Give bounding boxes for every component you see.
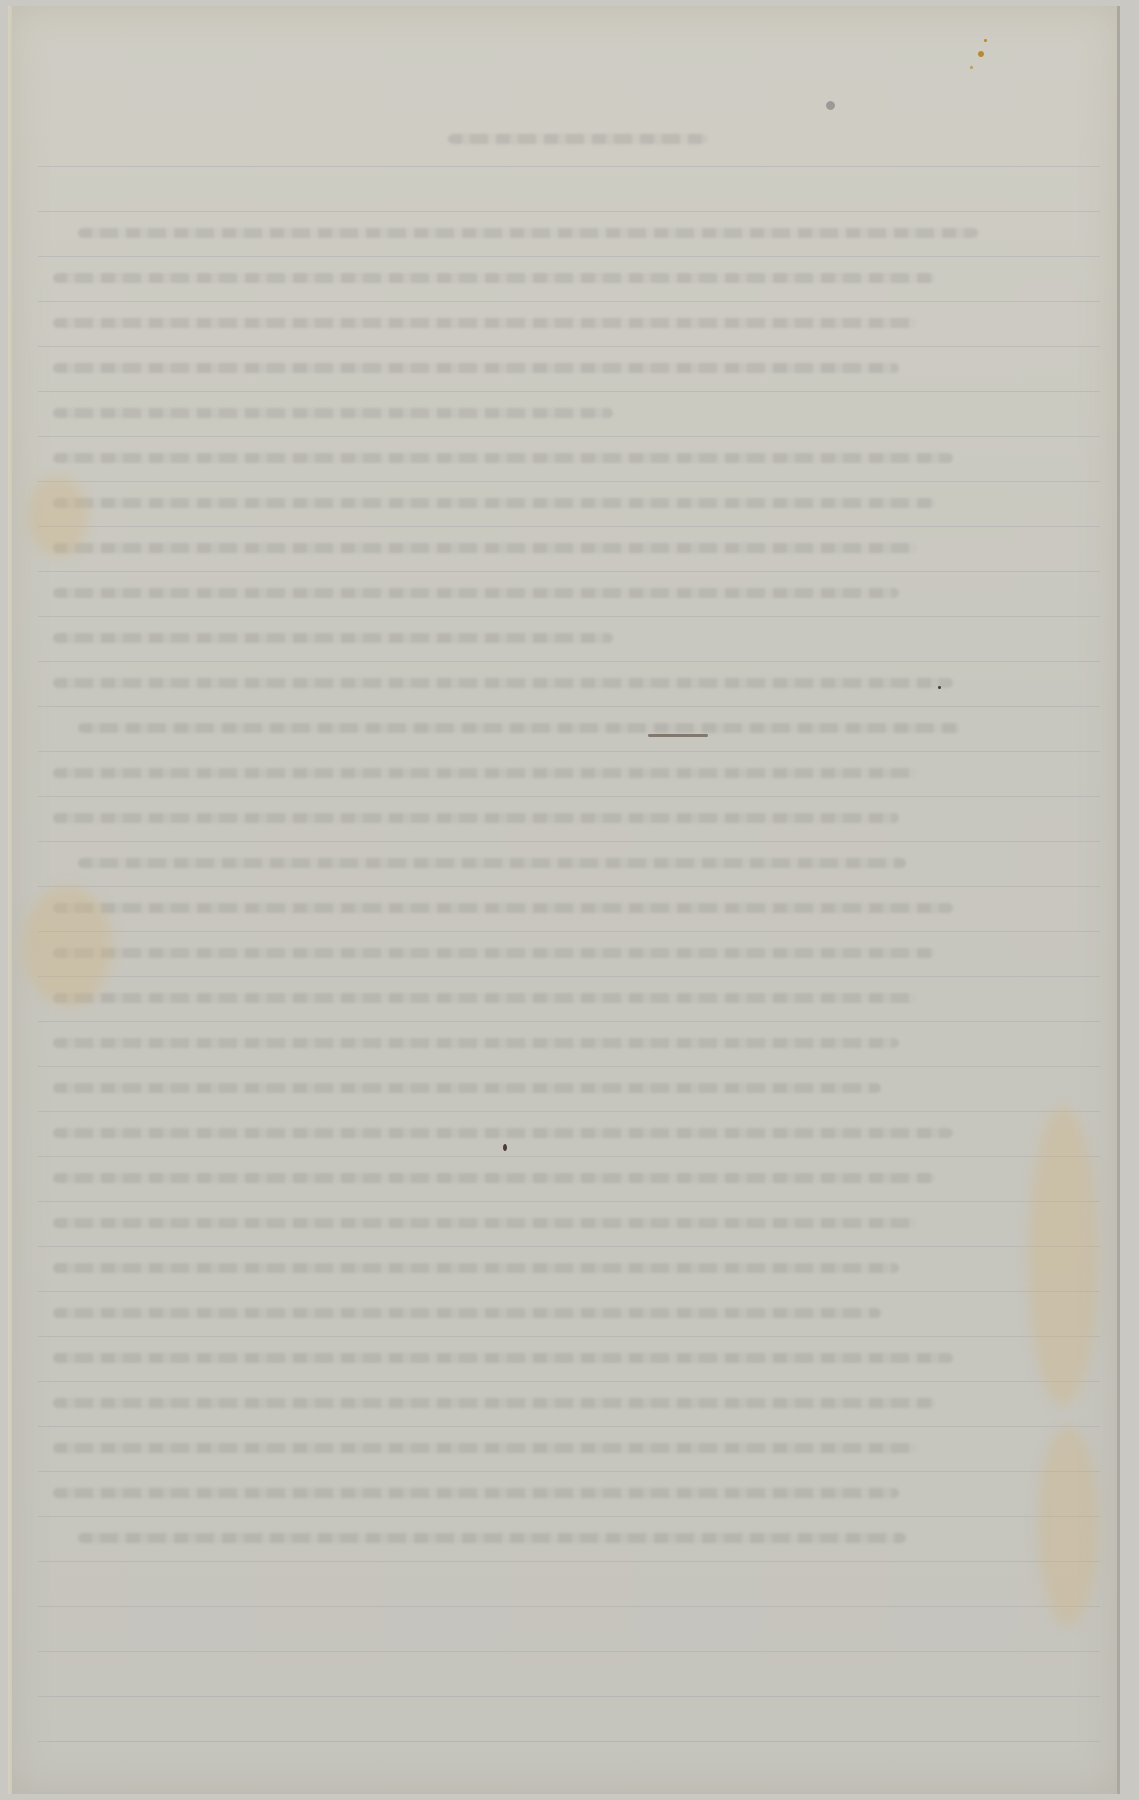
ruled-line [38,1201,1100,1202]
ruled-line [38,1291,1100,1292]
illegible-text-line [78,723,960,733]
ruled-line [38,616,1100,617]
paper-stain [1038,1426,1098,1626]
ruled-line [38,1696,1100,1697]
illegible-text-line [53,1398,935,1408]
paper-stain [23,886,113,1006]
illegible-text-line [448,134,708,144]
illegible-text-line [53,1128,953,1138]
illegible-text-line [53,363,899,373]
illegible-text-line [78,228,978,238]
illegible-text-line [53,1173,935,1183]
ruled-line [38,436,1100,437]
ruled-line [38,301,1100,302]
illegible-text-line [53,633,613,643]
ruled-line [38,976,1100,977]
ruled-line [38,1606,1100,1607]
illegible-text-line [53,1038,899,1048]
ruled-line [38,1651,1100,1652]
grey-dot [826,101,835,110]
illegible-text-line [78,858,906,868]
ruled-line [38,1381,1100,1382]
page-right-edge [1117,6,1120,1794]
ruled-line [38,1741,1100,1742]
ruled-line [38,256,1100,257]
illegible-text-line [53,1308,881,1318]
illegible-text-line [53,1263,899,1273]
illegible-text-line [53,1488,899,1498]
ruled-line [38,706,1100,707]
ruled-line [38,1471,1100,1472]
illegible-text-line [53,1083,881,1093]
ruled-line [38,931,1100,932]
ruled-line [38,1156,1100,1157]
ruled-line [38,1561,1100,1562]
ink-speck [503,1144,507,1151]
page-left-edge [8,6,12,1794]
ruled-line [38,661,1100,662]
ruled-line [38,1246,1100,1247]
illegible-text-line [53,993,917,1003]
ruled-line [38,1336,1100,1337]
illegible-text-line [53,1443,917,1453]
ruled-line [38,211,1100,212]
illegible-text-line [53,588,899,598]
illegible-text-line [53,948,935,958]
illegible-text-line [53,903,953,913]
illegible-text-line [53,1353,953,1363]
illegible-text-line [78,1533,906,1543]
manuscript-page: text too faint to read (bleed-through in… [8,6,1120,1794]
ruled-line [38,1516,1100,1517]
ruled-line [38,1066,1100,1067]
ink-spot [978,51,984,57]
illegible-text-line [53,543,917,553]
ink-spot [984,39,987,42]
ruled-line [38,391,1100,392]
illegible-text-line [53,408,613,418]
illegible-text-line [53,768,917,778]
paper-stain [1028,1106,1098,1406]
paper-stain [28,476,88,556]
ruled-line [38,526,1100,527]
ruled-line [38,346,1100,347]
illegible-text-line [53,273,935,283]
illegible-text-line [53,453,953,463]
ruled-line [38,796,1100,797]
ruled-line [38,1111,1100,1112]
ruled-line [38,1021,1100,1022]
ink-dash [648,734,708,737]
ruled-line [38,166,1100,167]
ruled-line [38,1426,1100,1427]
ink-spot [970,66,973,69]
ruled-line [38,886,1100,887]
illegible-text-line [53,1218,917,1228]
ruled-line [38,481,1100,482]
illegible-text-line [53,318,917,328]
ink-speck [938,686,941,689]
ruled-line [38,751,1100,752]
illegible-text-line [53,813,899,823]
ruled-line [38,571,1100,572]
illegible-text-line [53,678,953,688]
ruled-line [38,841,1100,842]
illegible-text-line [53,498,935,508]
